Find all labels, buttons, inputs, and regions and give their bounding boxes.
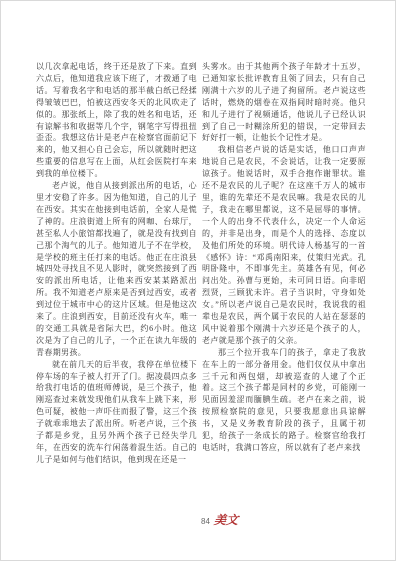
text-column-right: 头雾水。由于其他两个孩子年龄才十五岁，已通知家长批评教育且领了回去，只有自己刚满…	[202, 61, 366, 454]
magazine-logo: 美文	[213, 514, 238, 526]
paragraph: 头雾水。由于其他两个孩子年龄才十五岁，已通知家长批评教育且领了回去，只有自己刚满…	[202, 61, 366, 144]
paragraph: 我相信老卢说的话是实话，他口口声声地说自己是农民，不会说话，让我一定要原谅孩子。…	[202, 144, 366, 346]
paragraph: 老卢说，他自从接到派出所的电话，心里才安稳了许多。因为他知道，自己的儿子在西安。…	[36, 180, 197, 359]
paragraph: 那三个拉开我车门的孩子，拿走了我放在车上的一部分备用金。他们仅仅从中拿出三千元和…	[202, 347, 366, 454]
text-column-left: 以几次拿起电话，终于还是放了下来。直到六点后，他知道我应该下班了，才拨通了电话。…	[36, 61, 197, 466]
paragraph: 以几次拿起电话，终于还是放了下来。直到六点后，他知道我应该下班了，才拨通了电话。…	[36, 61, 197, 180]
page-footer: 84 美文	[201, 514, 238, 526]
page-number: 84	[201, 517, 210, 526]
magazine-page: 以几次拿起电话，终于还是放了下来。直到六点后，他知道我应该下班了，才拨通了电话。…	[0, 0, 396, 561]
paragraph: 就在前几天的后半夜，我停在单位楼下停车场的车子被人打开了门。据凌晨四点多给我打电…	[36, 359, 197, 466]
